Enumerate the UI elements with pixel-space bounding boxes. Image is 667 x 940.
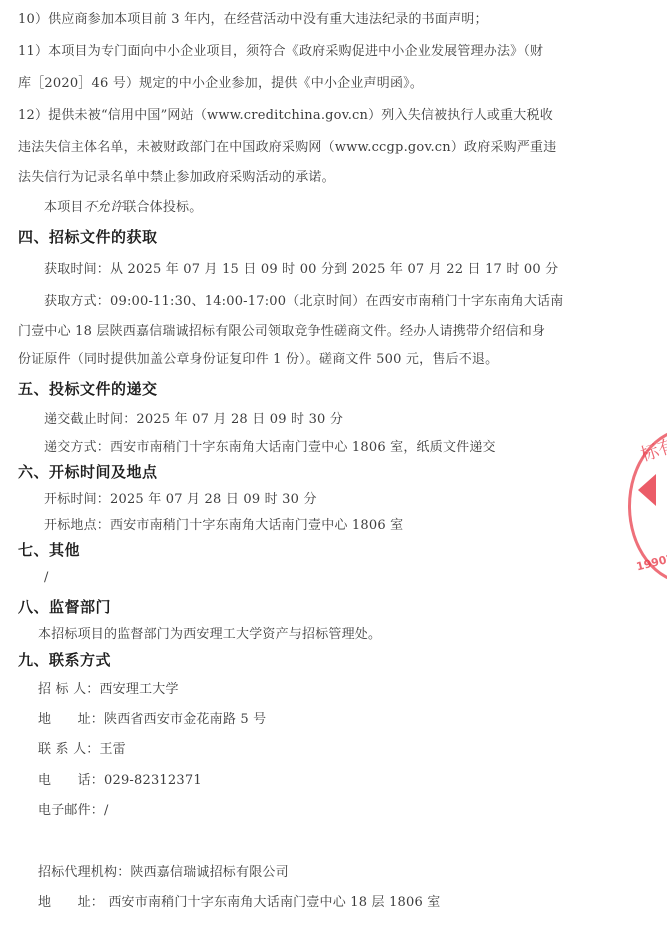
document-acquisition-method-line2: 门壹中心 18 层陕西嘉信瑞诚招标有限公司领取竞争性磋商文件。经办人请携带介绍信… [18, 324, 545, 340]
document-acquisition-method-line1: 获取方式：09:00-11:30、14:00-17:00（北京时间）在西安市南稍… [44, 294, 563, 310]
purchaser-name-row: 招 标 人：西安理工大学 [38, 682, 179, 698]
purchaser-email: / [104, 803, 109, 818]
purchaser-address-row: 地 址：陕西省西安市金花南路 5 号 [38, 712, 266, 728]
seal-star-icon [638, 474, 656, 506]
requirement-item-12-line1: 12）提供未被“信用中国”网站（www.creditchina.gov.cn）列… [18, 108, 553, 124]
requirement-item-10: 10）供应商参加本项目前 3 年内，在经营活动中没有重大违法纪录的书面声明； [18, 12, 488, 28]
agency-name-label: 招标代理机构： [38, 865, 130, 881]
consortium-emphasis: 不允许 [84, 200, 124, 215]
purchaser-phone-row: 电 话：029-82312371 [38, 773, 202, 789]
requirement-item-12-line3: 法失信行为记录名单中禁止参加政府采购活动的承诺。 [18, 170, 335, 186]
submission-method: 递交方式：西安市南稍门十字东南角大话南门壹中心 1806 室，纸质文件递交 [44, 440, 496, 456]
requirement-item-11-line1: 11）本项目为专门面向中小企业项目，须符合《政府采购促进中小企业发展管理办法》（… [18, 44, 543, 60]
purchaser-contact: 王雷 [99, 742, 125, 757]
bid-opening-place: 开标地点：西安市南稍门十字东南角大话南门壹中心 1806 室 [44, 518, 403, 534]
section-5-heading: 五、投标文件的递交 [18, 380, 158, 398]
purchaser-phone-label: 电 话： [38, 773, 104, 789]
agency-address-label: 地 址： [38, 895, 104, 911]
bid-opening-time: 开标时间：2025 年 07 月 28 日 09 时 30 分 [44, 492, 317, 508]
purchaser-email-label: 电子邮件： [38, 803, 104, 819]
section-8-heading: 八、监督部门 [18, 598, 111, 616]
consortium-statement: 本项目不允许联合体投标。 [44, 200, 202, 216]
section-9-heading: 九、联系方式 [18, 651, 111, 669]
document-acquisition-method-line3: 份证原件（同时提供加盖公章身份证复印件 1 份）。磋商文件 500 元，售后不退… [18, 352, 498, 368]
section-7-heading: 七、其他 [18, 541, 80, 559]
purchaser-address-label: 地 址： [38, 712, 104, 728]
agency-address: 西安市南稍门十字东南角大话南门壹中心 18 层 1806 室 [104, 895, 441, 910]
purchaser-name: 西安理工大学 [99, 682, 178, 697]
section-4-heading: 四、招标文件的获取 [18, 228, 158, 246]
agency-name: 陕西嘉信瑞诚招标有限公司 [130, 865, 288, 880]
purchaser-contact-row: 联 系 人：王雷 [38, 742, 126, 758]
purchaser-contact-label: 联 系 人： [38, 742, 99, 758]
purchaser-phone: 029-82312371 [104, 773, 202, 788]
purchaser-name-label: 招 标 人： [38, 682, 99, 698]
requirement-item-11-line2: 库［2020］46 号）规定的中小企业参加，提供《中小企业声明函》。 [18, 76, 423, 92]
supervision-statement: 本招标项目的监督部门为西安理工大学资产与招标管理处。 [38, 627, 381, 643]
requirement-item-12-line2: 违法失信主体名单，未被财政部门在中国政府采购网（www.ccgp.gov.cn）… [18, 140, 556, 156]
purchaser-email-row: 电子邮件：/ [38, 803, 109, 819]
purchaser-address: 陕西省西安市金花南路 5 号 [104, 712, 266, 727]
consortium-prefix: 本项目 [44, 200, 84, 215]
agency-name-row: 招标代理机构：陕西嘉信瑞诚招标有限公司 [38, 865, 289, 881]
document-acquisition-time: 获取时间：从 2025 年 07 月 15 日 09 时 00 分到 2025 … [44, 262, 558, 278]
section-7-content: / [44, 570, 49, 586]
section-6-heading: 六、开标时间及地点 [18, 463, 158, 481]
consortium-suffix: 联合体投标。 [123, 200, 202, 215]
agency-address-row: 地 址： 西安市南稍门十字东南角大话南门壹中心 18 层 1806 室 [38, 895, 441, 911]
submission-deadline: 递交截止时间：2025 年 07 月 28 日 09 时 30 分 [44, 412, 343, 428]
